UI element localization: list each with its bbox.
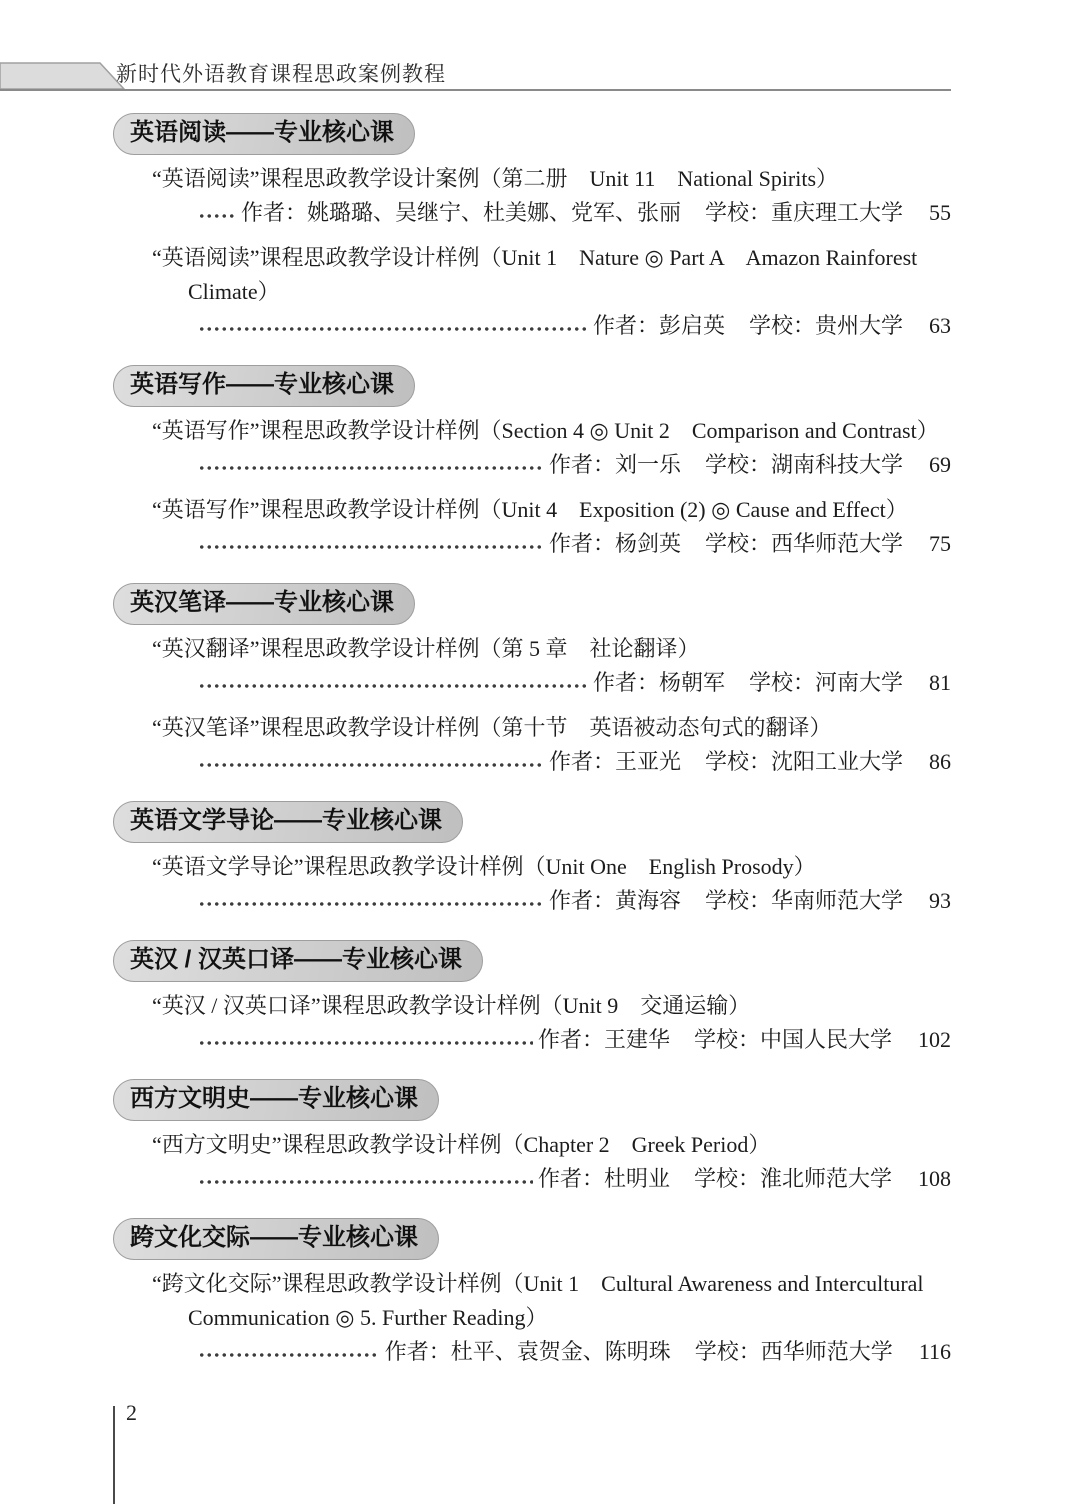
entry-title: “西方文明史”课程思政教学设计样例（Chapter 2 Greek Period…	[113, 1128, 951, 1162]
entry-title: “英汉翻译”课程思政教学设计样例（第 5 章 社论翻译）	[113, 632, 951, 666]
entry-authors: 作者：王亚光	[549, 745, 681, 779]
entry-title: “英语文学导论”课程思政教学设计样例（Unit One English Pros…	[113, 850, 951, 884]
toc-entry: “英语阅读”课程思政教学设计案例（第二册 Unit 11 National Sp…	[113, 162, 951, 230]
entry-page-number: 55	[929, 196, 951, 230]
dot-leader	[197, 1162, 533, 1196]
toc-entry: “西方文明史”课程思政教学设计样例（Chapter 2 Greek Period…	[113, 1128, 951, 1196]
section-entries: “英语写作”课程思政教学设计样例（Section 4 ◎ Unit 2 Comp…	[113, 414, 951, 561]
toc-entry: “跨文化交际”课程思政教学设计样例（Unit 1 Cultural Awaren…	[113, 1267, 951, 1369]
entry-authors: 作者：王建华	[538, 1023, 670, 1057]
section-entries: “英汉 / 汉英口译”课程思政教学设计样例（Unit 9 交通运输） 作者：王建…	[113, 989, 951, 1057]
section-heading: 西方文明史——专业核心课	[113, 1079, 439, 1121]
entry-school: 学校：贵州大学	[749, 309, 903, 343]
entry-title: “英语写作”课程思政教学设计样例（Unit 4 Exposition (2) ◎…	[113, 493, 951, 527]
toc-entry: “英语阅读”课程思政教学设计样例（Unit 1 Nature ◎ Part A …	[113, 241, 951, 343]
footer-rule	[113, 1406, 115, 1504]
dot-leader	[197, 196, 236, 230]
entry-meta: 作者：黄海容 学校：华南师范大学 93	[197, 884, 951, 918]
entry-title: “英语写作”课程思政教学设计样例（Section 4 ◎ Unit 2 Comp…	[113, 414, 951, 448]
dot-leader	[197, 1023, 533, 1057]
entry-school: 学校：西华师范大学	[695, 1335, 893, 1369]
dot-leader	[197, 1335, 380, 1369]
entry-authors: 作者：黄海容	[549, 884, 681, 918]
toc-entry: “英语写作”课程思政教学设计样例（Unit 4 Exposition (2) ◎…	[113, 493, 951, 561]
entry-meta: 作者：刘一乐 学校：湖南科技大学 69	[197, 448, 951, 482]
entry-page-number: 102	[918, 1023, 951, 1057]
entry-title: “跨文化交际”课程思政教学设计样例（Unit 1 Cultural Awaren…	[113, 1267, 951, 1335]
section-entries: “跨文化交际”课程思政教学设计样例（Unit 1 Cultural Awaren…	[113, 1267, 951, 1369]
entry-title: “英汉笔译”课程思政教学设计样例（第十节 英语被动态句式的翻译）	[113, 711, 951, 745]
entry-meta: 作者：王亚光 学校：沈阳工业大学 86	[197, 745, 951, 779]
section-heading: 英语写作——专业核心课	[113, 365, 415, 407]
entry-school: 学校：中国人民大学	[694, 1023, 892, 1057]
entry-school: 学校：河南大学	[749, 666, 903, 700]
running-head: 新时代外语教育课程思政案例教程	[116, 58, 446, 88]
section-entries: “英语文学导论”课程思政教学设计样例（Unit One English Pros…	[113, 850, 951, 918]
dot-leader	[197, 666, 588, 700]
entry-meta: 作者：杜明业 学校：淮北师范大学 108	[197, 1162, 951, 1196]
entry-meta: 作者：王建华 学校：中国人民大学 102	[197, 1023, 951, 1057]
dot-leader	[197, 527, 544, 561]
entry-school: 学校：西华师范大学	[705, 527, 903, 561]
section-heading: 英语文学导论——专业核心课	[113, 801, 463, 843]
entry-page-number: 108	[918, 1162, 951, 1196]
entry-authors: 作者：杜明业	[538, 1162, 670, 1196]
toc-section: 跨文化交际——专业核心课 “跨文化交际”课程思政教学设计样例（Unit 1 Cu…	[113, 1218, 951, 1369]
entry-authors: 作者：杨朝军	[593, 666, 725, 700]
entry-school: 学校：华南师范大学	[705, 884, 903, 918]
section-entries: “西方文明史”课程思政教学设计样例（Chapter 2 Greek Period…	[113, 1128, 951, 1196]
entry-authors: 作者：杨剑英	[549, 527, 681, 561]
toc-section: 英汉 / 汉英口译——专业核心课 “英汉 / 汉英口译”课程思政教学设计样例（U…	[113, 940, 951, 1057]
toc-entry: “英语文学导论”课程思政教学设计样例（Unit One English Pros…	[113, 850, 951, 918]
page-number: 2	[126, 1400, 137, 1426]
dot-leader	[197, 745, 544, 779]
section-heading: 英汉笔译——专业核心课	[113, 583, 415, 625]
entry-school: 学校：淮北师范大学	[694, 1162, 892, 1196]
toc-entry: “英语写作”课程思政教学设计样例（Section 4 ◎ Unit 2 Comp…	[113, 414, 951, 482]
table-of-contents: 英语阅读——专业核心课 “英语阅读”课程思政教学设计案例（第二册 Unit 11…	[113, 113, 951, 1369]
toc-entry: “英汉翻译”课程思政教学设计样例（第 5 章 社论翻译） 作者：杨朝军 学校：河…	[113, 632, 951, 700]
entry-authors: 作者：杜平、袁贺金、陈明珠	[385, 1335, 671, 1369]
dot-leader	[197, 448, 544, 482]
entry-page-number: 116	[919, 1335, 951, 1369]
toc-section: 英汉笔译——专业核心课 “英汉翻译”课程思政教学设计样例（第 5 章 社论翻译）…	[113, 583, 951, 779]
toc-section: 西方文明史——专业核心课 “西方文明史”课程思政教学设计样例（Chapter 2…	[113, 1079, 951, 1196]
dot-leader	[197, 309, 588, 343]
section-entries: “英汉翻译”课程思政教学设计样例（第 5 章 社论翻译） 作者：杨朝军 学校：河…	[113, 632, 951, 779]
entry-school: 学校：湖南科技大学	[705, 448, 903, 482]
corner-ribbon-icon	[0, 61, 126, 91]
toc-section: 英语文学导论——专业核心课 “英语文学导论”课程思政教学设计样例（Unit On…	[113, 801, 951, 918]
entry-meta: 作者：彭启英 学校：贵州大学 63	[197, 309, 951, 343]
entry-page-number: 75	[929, 527, 951, 561]
entry-page-number: 93	[929, 884, 951, 918]
toc-section: 英语写作——专业核心课 “英语写作”课程思政教学设计样例（Section 4 ◎…	[113, 365, 951, 561]
entry-page-number: 63	[929, 309, 951, 343]
entry-title: “英语阅读”课程思政教学设计样例（Unit 1 Nature ◎ Part A …	[113, 241, 951, 309]
book-page: 新时代外语教育课程思政案例教程 英语阅读——专业核心课 “英语阅读”课程思政教学…	[0, 0, 1080, 1504]
entry-page-number: 81	[929, 666, 951, 700]
entry-school: 学校：沈阳工业大学	[705, 745, 903, 779]
entry-title: “英汉 / 汉英口译”课程思政教学设计样例（Unit 9 交通运输）	[113, 989, 951, 1023]
entry-meta: 作者：杨剑英 学校：西华师范大学 75	[197, 527, 951, 561]
entry-meta: 作者：姚璐璐、吴继宁、杜美娜、党军、张丽 学校：重庆理工大学 55	[197, 196, 951, 230]
section-heading: 英汉 / 汉英口译——专业核心课	[113, 940, 483, 982]
toc-section: 英语阅读——专业核心课 “英语阅读”课程思政教学设计案例（第二册 Unit 11…	[113, 113, 951, 343]
section-entries: “英语阅读”课程思政教学设计案例（第二册 Unit 11 National Sp…	[113, 162, 951, 343]
toc-entry: “英汉 / 汉英口译”课程思政教学设计样例（Unit 9 交通运输） 作者：王建…	[113, 989, 951, 1057]
toc-entry: “英汉笔译”课程思政教学设计样例（第十节 英语被动态句式的翻译） 作者：王亚光 …	[113, 711, 951, 779]
dot-leader	[197, 884, 544, 918]
section-heading: 英语阅读——专业核心课	[113, 113, 415, 155]
section-heading: 跨文化交际——专业核心课	[113, 1218, 439, 1260]
entry-meta: 作者：杨朝军 学校：河南大学 81	[197, 666, 951, 700]
entry-authors: 作者：彭启英	[593, 309, 725, 343]
entry-page-number: 69	[929, 448, 951, 482]
header-rule	[0, 89, 951, 91]
entry-page-number: 86	[929, 745, 951, 779]
entry-meta: 作者：杜平、袁贺金、陈明珠 学校：西华师范大学 116	[197, 1335, 951, 1369]
entry-school: 学校：重庆理工大学	[705, 196, 903, 230]
entry-authors: 作者：刘一乐	[549, 448, 681, 482]
entry-title: “英语阅读”课程思政教学设计案例（第二册 Unit 11 National Sp…	[113, 162, 951, 196]
entry-authors: 作者：姚璐璐、吴继宁、杜美娜、党军、张丽	[241, 196, 681, 230]
